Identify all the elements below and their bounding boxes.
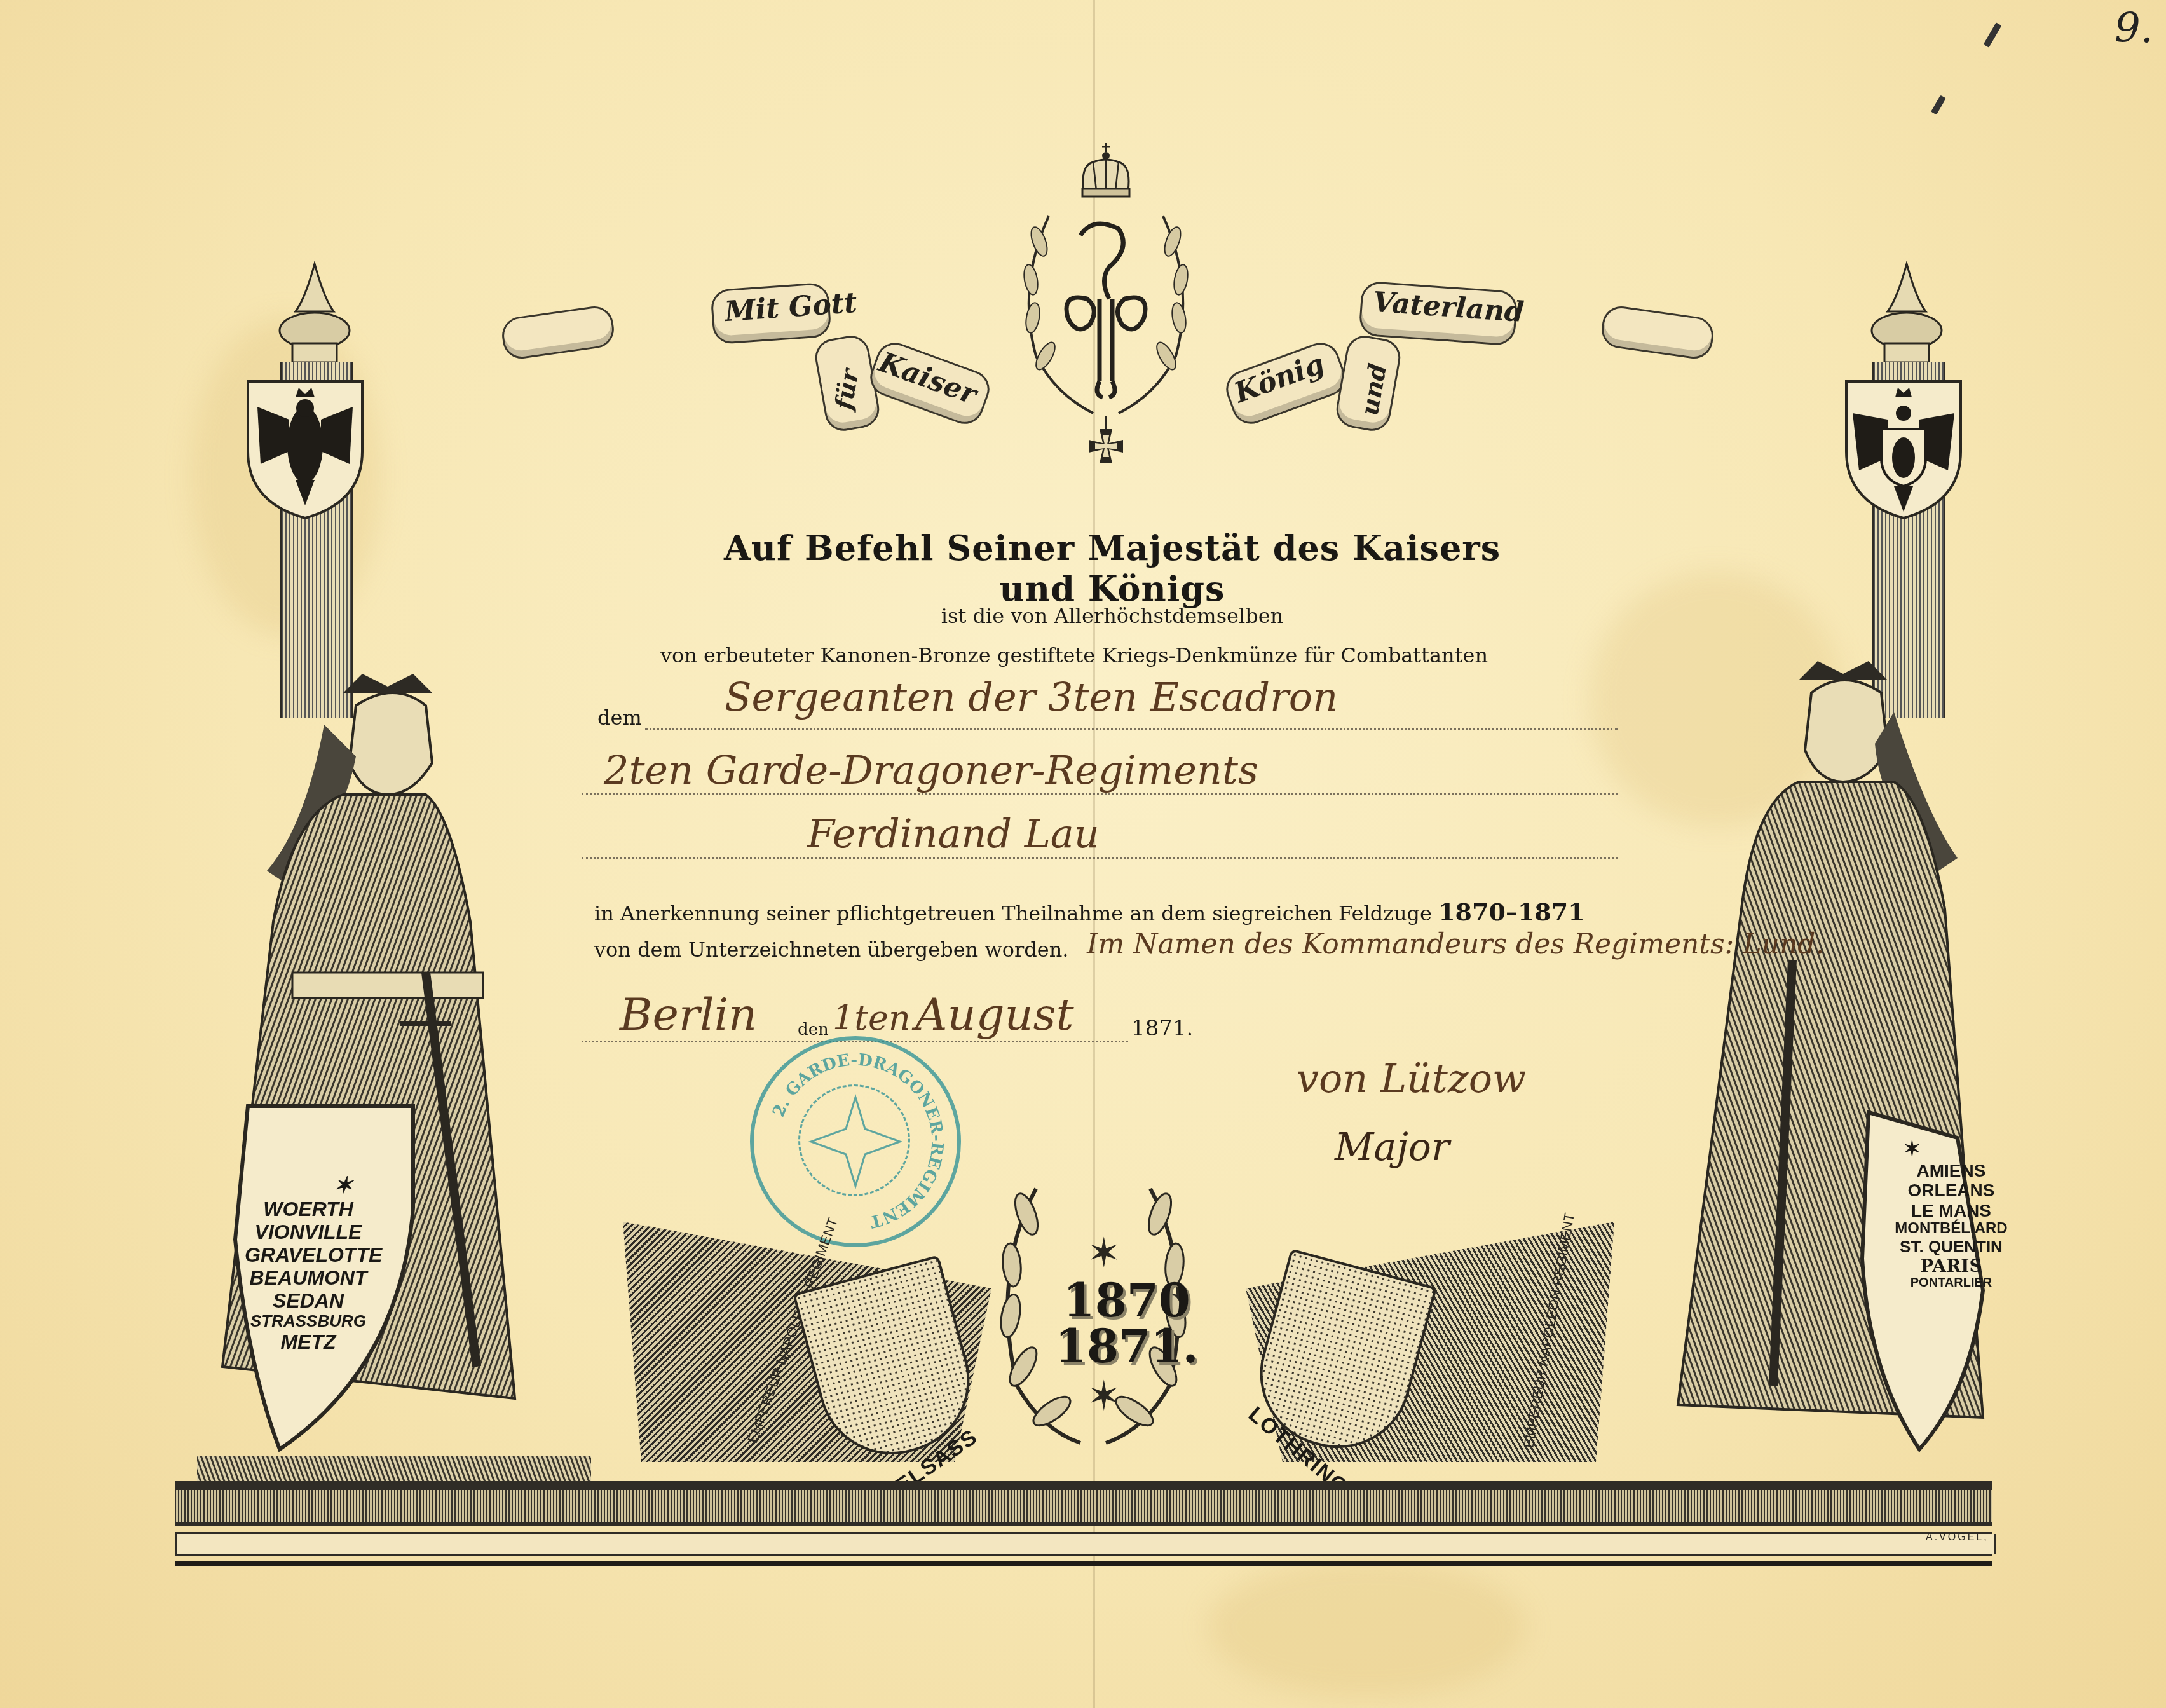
text-line-1: ist die von Allerhöchstdemselben <box>699 604 1525 628</box>
imperial-eagle-coat-of-arms-icon <box>1843 369 1964 521</box>
date-month: August <box>915 988 1074 1041</box>
date-day: 1ten <box>833 998 911 1038</box>
date-den: den <box>798 1020 829 1039</box>
battle-name: METZ <box>245 1331 372 1354</box>
battle-name: AMIENS <box>1884 1161 2018 1180</box>
wilhelm-monogram-wreath-icon <box>1004 191 1208 432</box>
recipient-name: Ferdinand Lau <box>807 810 1100 857</box>
battle-name: BEAUMONT <box>245 1267 372 1290</box>
year-1871: 1871. <box>1055 1323 1198 1369</box>
pedestal-base <box>175 1481 1992 1576</box>
fill-line <box>582 857 1618 859</box>
stamp-text: 2. GARDE-DRAGONER-REGIMENT <box>754 1040 957 1243</box>
pen-mark <box>1984 22 2002 48</box>
right-shield-battles: ✶ AMIENS ORLEANS LE MANS MONTBÉLIARD ST.… <box>1884 1138 2018 1290</box>
battle-name: ST. QUENTIN <box>1884 1238 2018 1256</box>
ribbon-end-left <box>500 304 616 361</box>
page-number: 9. <box>2115 5 2153 52</box>
star-icon: ✶ <box>1087 1230 1121 1277</box>
paper-stain <box>1208 1557 1525 1697</box>
war-years: 1870 1871. <box>1055 1278 1198 1369</box>
handed-over-text: von dem Unterzeichneten übergeben worden… <box>594 938 1069 962</box>
recipient-regiment: 2ten Garde-Dragoner-Regiments <box>604 747 1258 793</box>
battle-name: SEDAN <box>245 1290 372 1313</box>
battle-name: ORLEANS <box>1884 1180 2018 1200</box>
recognition-text: in Anerkennung seiner pflichtgetreuen Th… <box>594 901 1432 926</box>
fill-line <box>582 793 1618 795</box>
place: Berlin <box>620 988 757 1041</box>
left-shield-battles: ✶ WOERTH VIONVILLE GRAVELOTTE BEAUMONT S… <box>245 1173 372 1353</box>
iron-cross-icon <box>1084 416 1128 474</box>
battle-name: GRAVELOTTE <box>245 1244 372 1267</box>
pillar-finial-icon <box>1862 261 1951 362</box>
dem-label: dem <box>597 706 642 730</box>
germania-figure-left <box>197 667 591 1500</box>
recipient-rank-unit: Sergeanten der 3ten Escadron <box>725 674 1338 720</box>
battle-name: PONTARLIER <box>1884 1276 2018 1290</box>
battle-name: LE MANS <box>1884 1201 2018 1220</box>
campaign-years: 1870–1871 <box>1438 898 1585 926</box>
fill-line <box>645 728 1618 730</box>
signature-rank: Major <box>1335 1125 1450 1170</box>
date-year: 1871. <box>1131 1016 1193 1041</box>
header-emblem: Mit Gott für Kaiser König und Vaterland <box>502 127 1710 483</box>
pillar-finial-icon <box>270 261 359 362</box>
battle-name: WOERTH <box>245 1198 372 1221</box>
certificate-title: Auf Befehl Seiner Majestät des Kaisers u… <box>699 528 1525 609</box>
star-icon: ✶ <box>1884 1138 2018 1161</box>
star-icon: ✶ <box>1087 1373 1121 1420</box>
engraver-signature: A.VOGEL, <box>1926 1532 1989 1543</box>
regiment-seal-stamp: 2. GARDE-DRAGONER-REGIMENT <box>750 1036 961 1247</box>
battle-name: STRASSBURG <box>245 1312 372 1330</box>
ribbon-end-right <box>1599 304 1715 361</box>
text-line-2: von erbeuteter Kanonen-Bronze gestiftete… <box>597 643 1551 667</box>
battle-name: VIONVILLE <box>245 1221 372 1244</box>
pen-mark <box>1931 95 1946 115</box>
prussian-eagle-coat-of-arms-icon <box>245 369 365 521</box>
germania-figure-right <box>1627 655 2021 1500</box>
battle-name: PARIS <box>1884 1256 2018 1276</box>
battle-name: MONTBÉLIARD <box>1884 1220 2018 1238</box>
star-icon: ✶ <box>245 1173 372 1198</box>
signatory-role: Im Namen des Kommandeurs des Regiments: … <box>1087 928 1824 960</box>
signature: von Lützow <box>1297 1055 1526 1102</box>
year-1870: 1870 <box>1055 1278 1198 1323</box>
svg-text:2. GARDE-DRAGONER-REGIMENT: 2. GARDE-DRAGONER-REGIMENT <box>769 1051 946 1231</box>
recognition-line: in Anerkennung seiner pflichtgetreuen Th… <box>594 898 1585 926</box>
